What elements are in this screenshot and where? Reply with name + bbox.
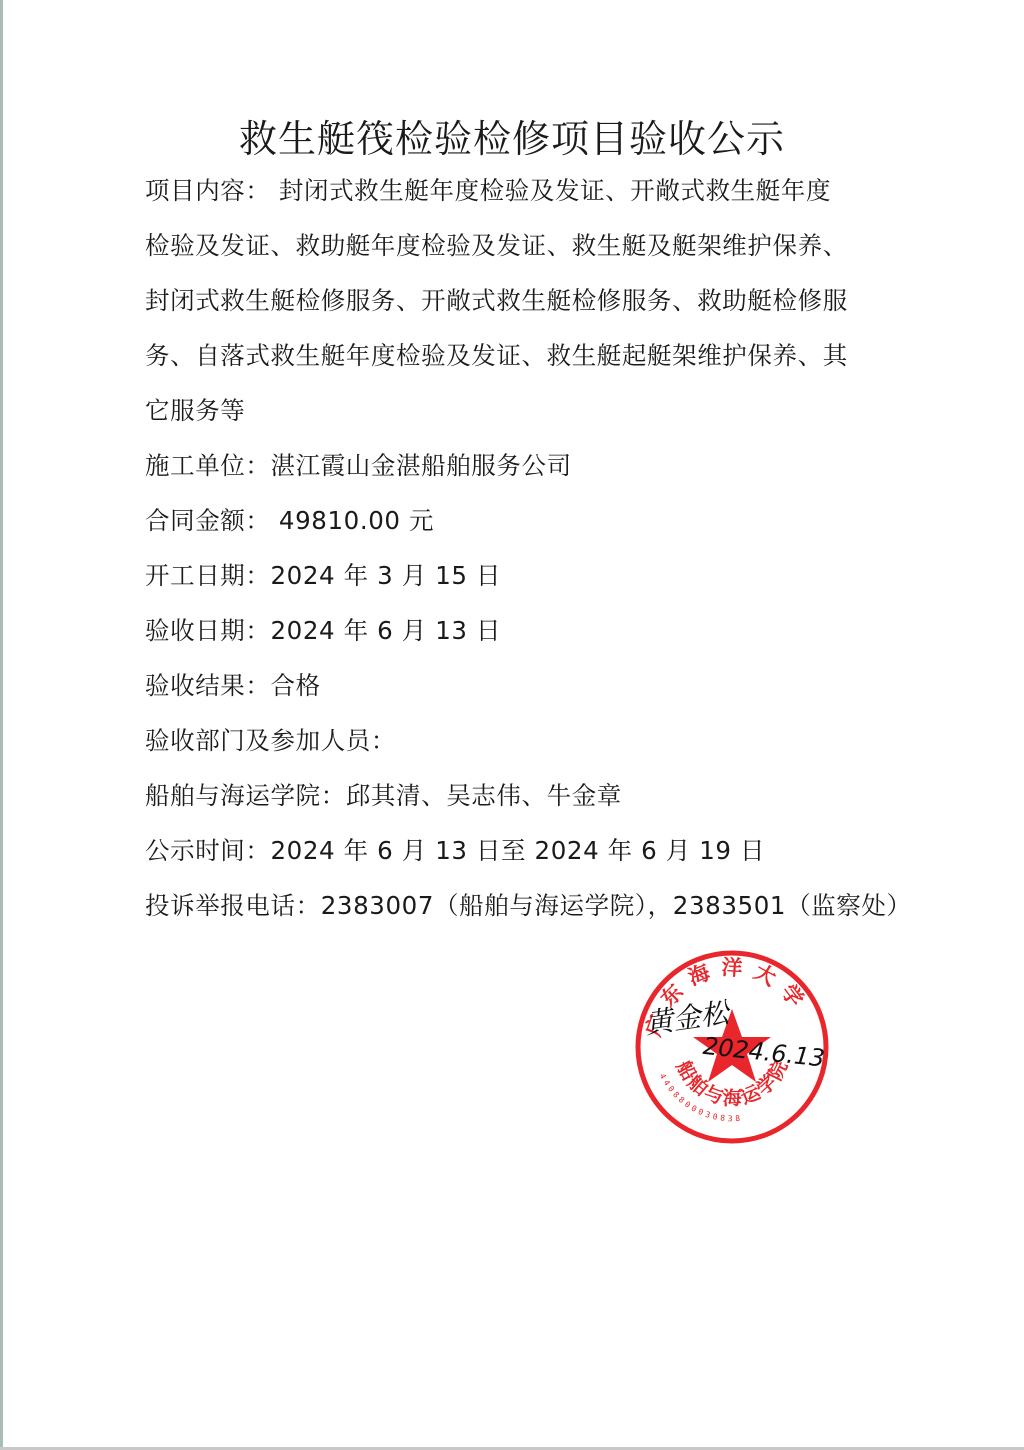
content-line-3: 封闭式救生艇检修服务、开敞式救生艇检修服务、救助艇检修服	[145, 286, 848, 316]
acceptance-date-field: 验收日期：2024 年 6 月 13 日	[145, 616, 501, 646]
participants-label: 验收部门及参加人员：	[145, 726, 396, 756]
content-line-4: 务、自落式救生艇年度检验及发证、救生艇起艇架维护保养、其	[145, 341, 848, 371]
content-line-2: 检验及发证、救助艇年度检验及发证、救生艇及艇架维护保养、	[145, 231, 848, 261]
amount-field: 合同金额： 49810.00 元	[145, 506, 434, 536]
start-date-field: 开工日期：2024 年 3 月 15 日	[145, 561, 501, 591]
participants-field: 船舶与海运学院：邱其清、吴志伟、牛金章	[145, 781, 622, 811]
complaint-phone-field: 投诉举报电话：2383007（船舶与海运学院），2383501（监察处）	[145, 891, 912, 921]
page-edge-left	[0, 0, 3, 1450]
result-field: 验收结果：合格	[145, 671, 321, 701]
content-line-5: 它服务等	[145, 396, 245, 426]
page-title: 救生艇筏检验检修项目验收公示	[0, 108, 1024, 163]
content-line-1: 项目内容： 封闭式救生艇年度检验及发证、开敞式救生艇年度	[145, 176, 831, 206]
publicity-period-field: 公示时间：2024 年 6 月 13 日至 2024 年 6 月 19 日	[145, 836, 765, 866]
contractor-field: 施工单位：湛江霞山金湛船舶服务公司	[145, 451, 572, 481]
official-seal: 广东海洋大学 船舶与海运学院 4408800030838 黄金松 2024.6.…	[632, 947, 832, 1147]
